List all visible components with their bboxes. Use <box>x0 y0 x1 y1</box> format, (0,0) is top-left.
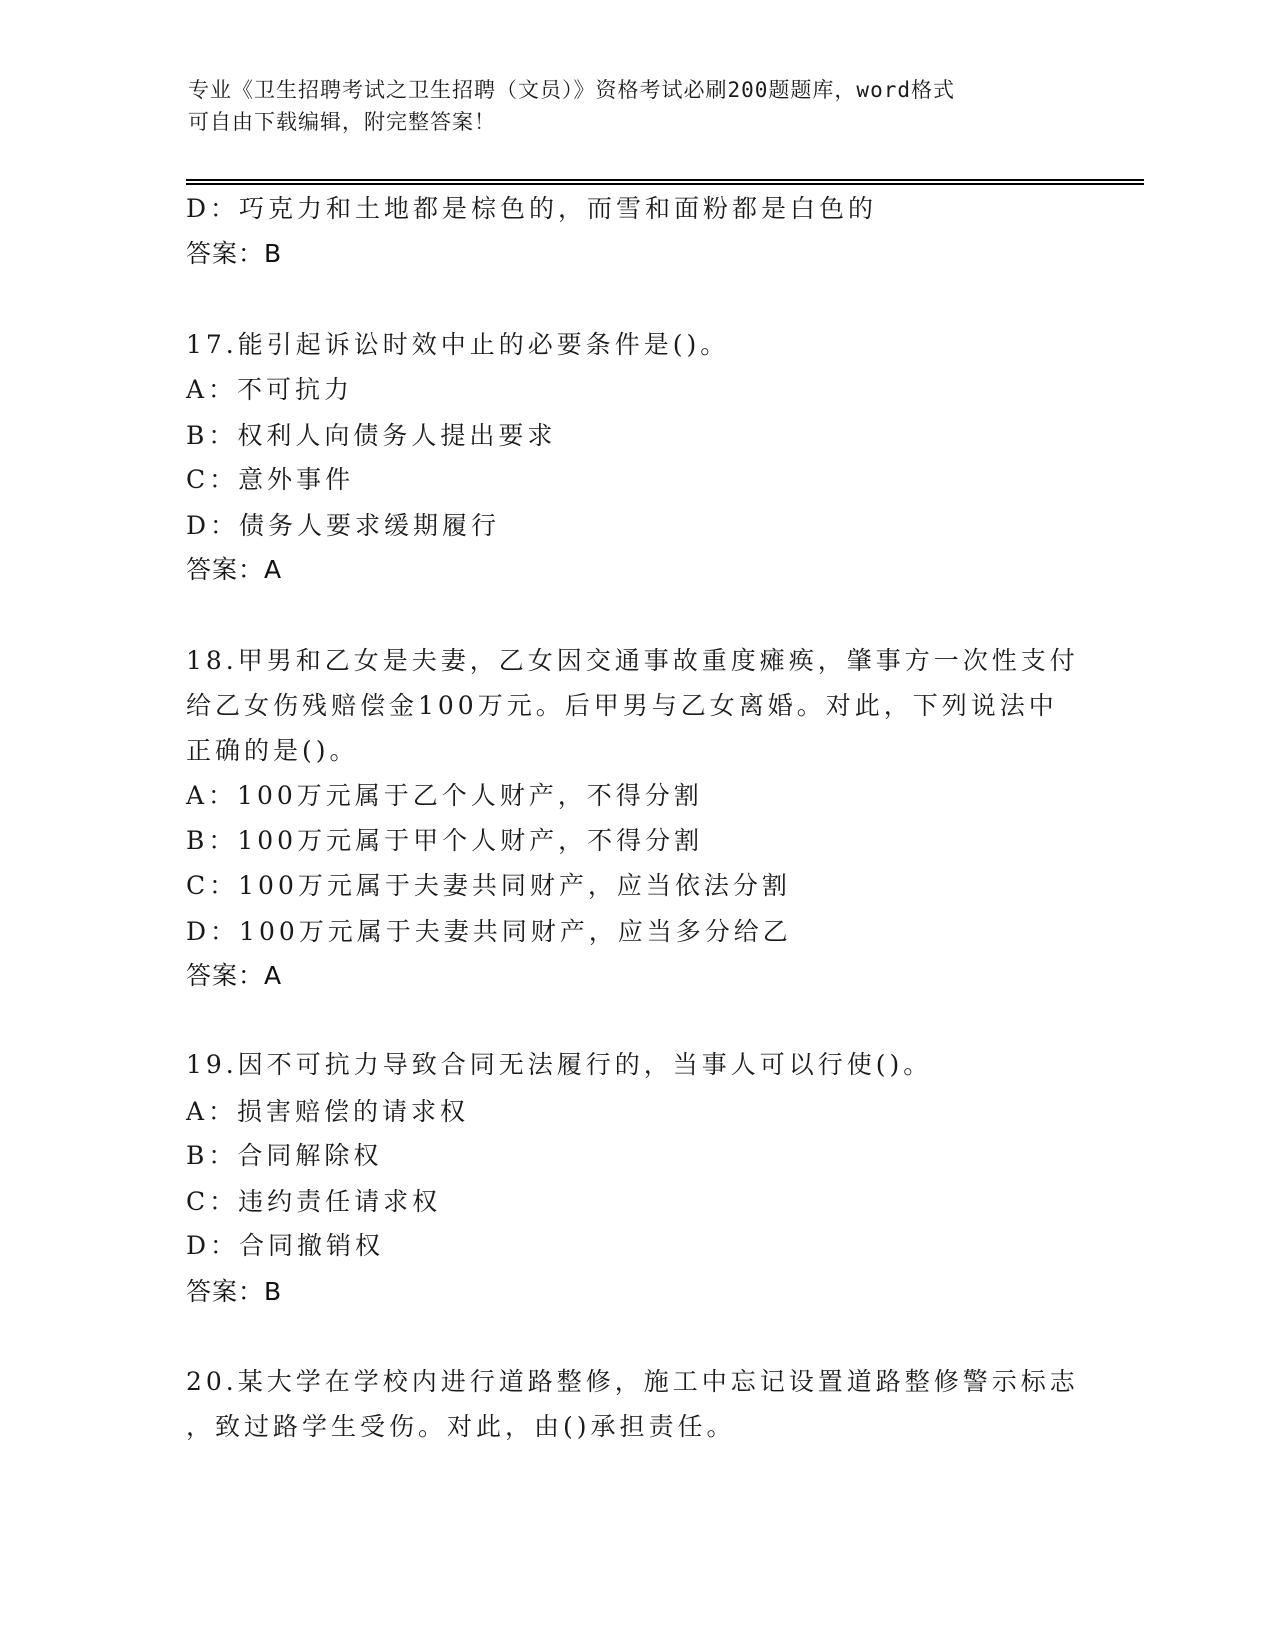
header-divider-bottom <box>186 183 1144 185</box>
question-19-stem: 19.因不可抗力导致合同无法履行的，当事人可以行使()。 <box>186 1049 932 1081</box>
answer-label: 答案：A <box>186 960 282 992</box>
option-c: C：100万元属于夫妻共同财产，应当依法分割 <box>186 870 791 902</box>
option-a: A：不可抗力 <box>186 374 353 406</box>
header-divider-top <box>186 179 1144 181</box>
option-b: B：100万元属于甲个人财产，不得分割 <box>186 825 703 857</box>
option-c: C：意外事件 <box>186 464 354 496</box>
option-d: D：债务人要求缓期履行 <box>186 510 500 542</box>
option-d: D：100万元属于夫妻共同财产，应当多分给乙 <box>186 916 792 948</box>
question-17-stem: 17.能引起诉讼时效中止的必要条件是()。 <box>186 329 729 361</box>
question-20-stem-line-1: 20.某大学在学校内进行道路整修，施工中忘记设置道路整修警示标志 <box>186 1366 1079 1398</box>
document-header-subtitle: 可自由下载编辑，附完整答案！ <box>188 108 496 136</box>
option-b: B：合同解除权 <box>186 1140 382 1172</box>
answer-label: 答案：A <box>186 554 282 586</box>
option-a: A：100万元属于乙个人财产，不得分割 <box>186 780 703 812</box>
answer-label: 答案：B <box>186 238 282 270</box>
option-d: D：巧克力和土地都是棕色的，而雪和面粉都是白色的 <box>186 193 877 225</box>
option-a: A：损害赔偿的请求权 <box>186 1096 469 1128</box>
option-d: D：合同撤销权 <box>186 1230 384 1262</box>
question-18-stem-line-3: 正确的是()。 <box>186 735 359 767</box>
question-20-stem-line-2: ，致过路学生受伤。对此，由()承担责任。 <box>186 1411 736 1443</box>
option-c: C：违约责任请求权 <box>186 1186 441 1218</box>
document-header-title: 专业《卫生招聘考试之卫生招聘（文员）》资格考试必刷200题题库，word格式 <box>188 76 955 104</box>
question-18-stem-line-1: 18.甲男和乙女是夫妻，乙女因交通事故重度瘫痪，肇事方一次性支付 <box>186 645 1079 677</box>
question-18-stem-line-2: 给乙女伤残赔偿金100万元。后甲男与乙女离婚。对此，下列说法中 <box>186 690 1058 722</box>
option-b: B：权利人向债务人提出要求 <box>186 420 556 452</box>
answer-label: 答案：B <box>186 1276 282 1308</box>
document-page: 专业《卫生招聘考试之卫生招聘（文员）》资格考试必刷200题题库，word格式 可… <box>0 0 1275 1650</box>
